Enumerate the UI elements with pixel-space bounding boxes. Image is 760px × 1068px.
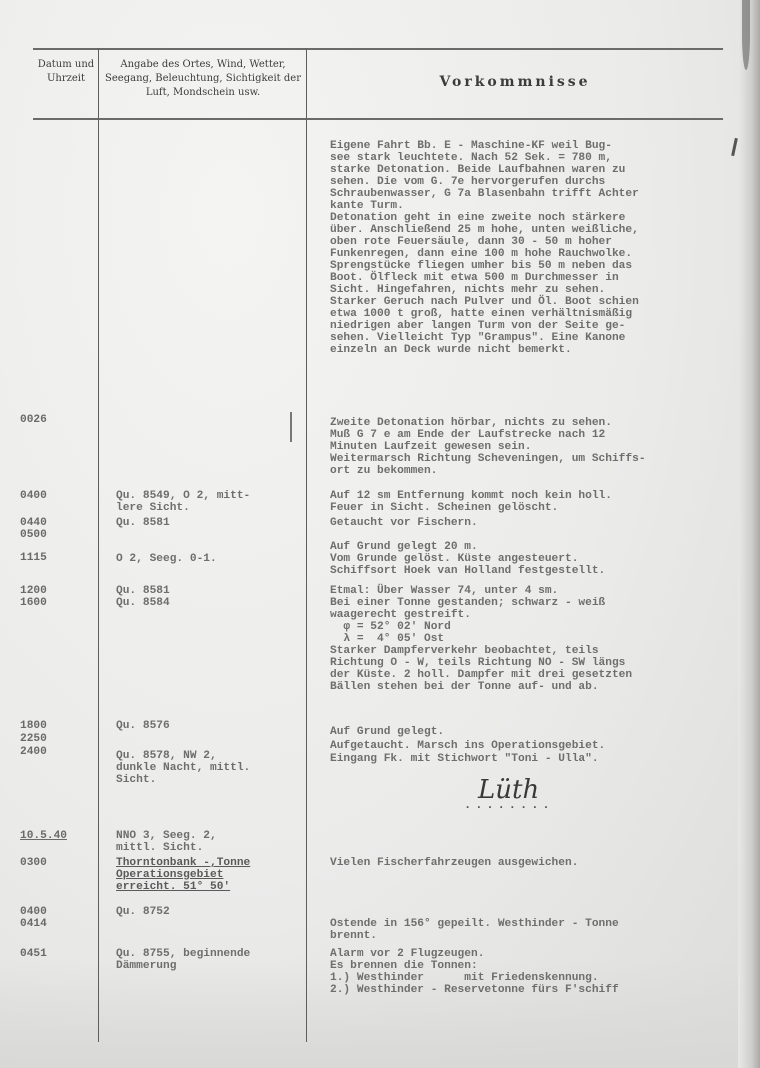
- entry-time: 1200: [20, 585, 47, 597]
- entry-time: 0300: [20, 857, 47, 869]
- event-text: Eingang Fk. mit Stichwort "Toni - Ulla".: [330, 753, 599, 765]
- entry-location: Thorntonbank -,Tonne Operationsgebiet er…: [116, 857, 250, 893]
- entry-location: Qu. 8581: [116, 517, 170, 529]
- entry-time: 0440: [20, 517, 47, 529]
- page-tear-mark: [742, 0, 750, 70]
- entry-time: 0500: [20, 529, 47, 541]
- pencil-mark: [290, 412, 292, 442]
- entry-location: Qu. 8755, beginnende Dämmerung: [116, 948, 250, 972]
- event-text: Etmal: Über Wasser 74, unter 4 sm.: [330, 585, 558, 597]
- entry-date: 10.5.40: [20, 830, 67, 842]
- entry-location: Qu. 8549, O 2, mitt- lere Sicht.: [116, 490, 250, 514]
- event-text: Alarm vor 2 Flugzeugen. Es brennen die T…: [330, 948, 619, 996]
- entry-time: 0400: [20, 490, 47, 502]
- entry-time: 0026: [20, 414, 47, 426]
- event-text: Auf Grund gelegt 20 m.: [330, 541, 478, 553]
- entry-time: 2400: [20, 746, 47, 758]
- event-text: Aufgetaucht. Marsch ins Operationsgebiet…: [330, 740, 605, 752]
- entry-time: 0451: [20, 948, 47, 960]
- entry-location: NNO 3, Seeg. 2, mittl. Sicht.: [116, 830, 217, 854]
- event-text: Zweite Detonation hörbar, nichts zu sehe…: [330, 417, 646, 477]
- entry-time: 1115: [20, 552, 47, 564]
- signature-dots: ........: [464, 798, 554, 812]
- event-text: Auf Grund gelegt.: [330, 726, 444, 738]
- event-text: Vom Grunde gelöst. Küste angesteuert. Sc…: [330, 553, 605, 577]
- event-text: Bei einer Tonne gestanden; schwarz - wei…: [330, 597, 632, 693]
- entry-location: O 2, Seeg. 0-1.: [116, 553, 217, 565]
- table-header-rule: [33, 118, 723, 120]
- header-date-time: Datum und Uhrzeit: [36, 58, 96, 86]
- entry-time: 0414: [20, 918, 47, 930]
- entry-time: 1800: [20, 720, 47, 732]
- event-text: Vielen Fischerfahrzeugen ausgewichen.: [330, 857, 578, 869]
- event-text: Ostende in 156° gepeilt. Westhinder - To…: [330, 918, 619, 942]
- entry-location: Qu. 8576: [116, 720, 170, 732]
- table-top-rule: [33, 48, 723, 50]
- entry-time: 0400: [20, 906, 47, 918]
- column-divider-1: [98, 48, 99, 1042]
- logbook-page: Datum und Uhrzeit Angabe des Ortes, Wind…: [0, 0, 760, 1068]
- entry-time: 2250: [20, 733, 47, 745]
- entry-location: Qu. 8578, NW 2, dunkle Nacht, mittl. Sic…: [116, 750, 250, 786]
- entry-time: 1600: [20, 597, 47, 609]
- page-edge: [738, 0, 760, 1068]
- event-text: Auf 12 sm Entfernung kommt noch kein hol…: [330, 490, 612, 514]
- entry-location: Qu. 8581: [116, 585, 170, 597]
- event-text: Eigene Fahrt Bb. E - Maschine-KF weil Bu…: [330, 140, 639, 356]
- column-divider-2: [306, 48, 307, 1042]
- entry-location: Qu. 8752: [116, 906, 170, 918]
- header-location-weather: Angabe des Ortes, Wind, Wetter, Seegang,…: [100, 58, 306, 100]
- margin-mark: [731, 138, 738, 156]
- entry-location: Qu. 8584: [116, 597, 170, 609]
- header-events: Vorkommnisse: [308, 74, 722, 90]
- event-text: Getaucht vor Fischern.: [330, 517, 478, 529]
